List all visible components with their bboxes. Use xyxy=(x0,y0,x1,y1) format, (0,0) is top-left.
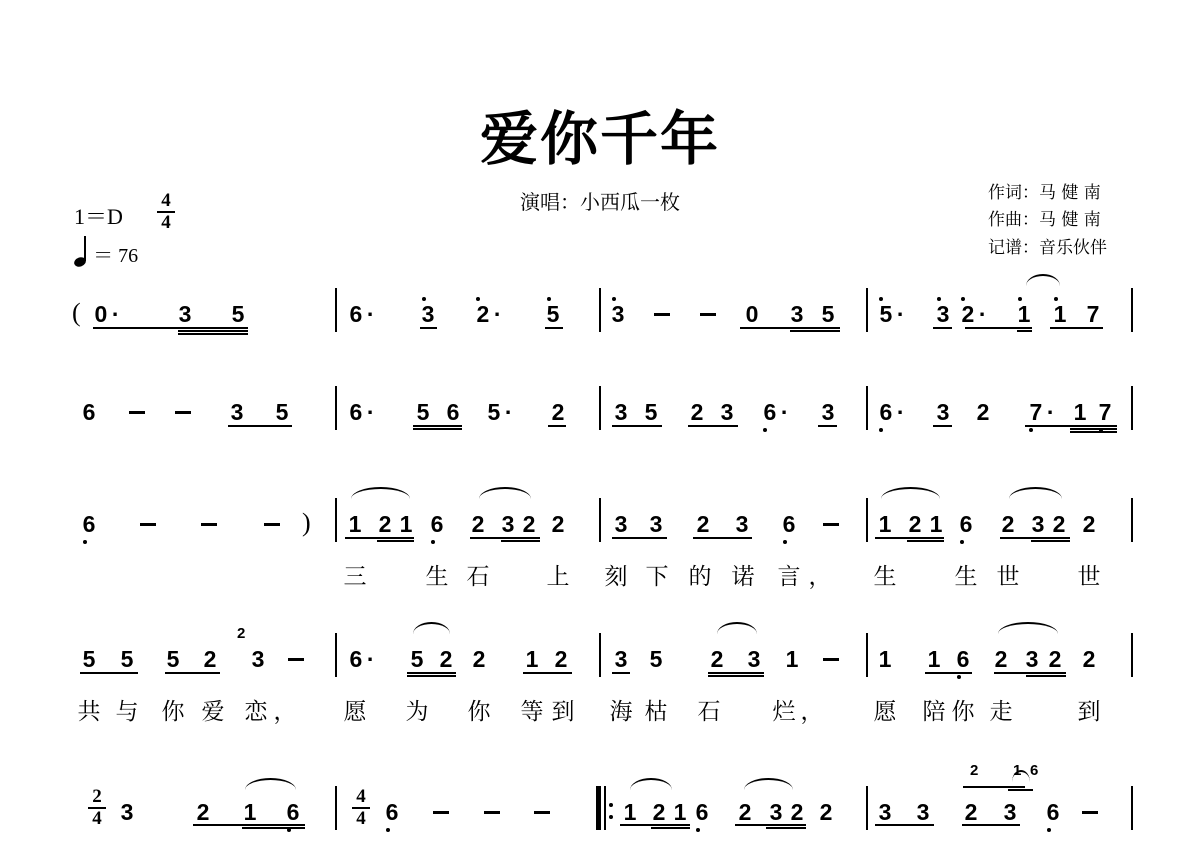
lyric: 石 xyxy=(694,693,724,726)
beam-underline xyxy=(925,672,972,674)
note: 6 · xyxy=(759,400,793,424)
octave-low-dot xyxy=(783,540,787,544)
note: 0 xyxy=(742,302,762,326)
note: 1 xyxy=(670,800,690,824)
note: 3 xyxy=(818,400,838,424)
slur-arc xyxy=(245,778,296,790)
note: 2 xyxy=(735,800,755,824)
note: 2 xyxy=(816,800,836,824)
transcriber-credit: 记谱：音乐伙伴 xyxy=(988,233,1107,258)
slur-arc xyxy=(1012,770,1030,782)
note: 3 xyxy=(646,512,666,536)
octave-high-dot xyxy=(547,297,551,301)
note: 2 xyxy=(469,647,489,671)
note: 3 xyxy=(227,400,247,424)
sustain-dash xyxy=(201,523,217,526)
octave-low-dot xyxy=(879,428,883,432)
note: 6 · xyxy=(345,302,379,326)
note: 6 xyxy=(79,512,99,536)
note: 3 xyxy=(875,800,895,824)
note: 3 xyxy=(933,400,953,424)
lyric: 与 xyxy=(112,693,142,726)
sustain-dash xyxy=(129,411,145,414)
note: 2 xyxy=(519,512,539,536)
beam-underline xyxy=(548,425,566,427)
note: 2 xyxy=(1079,512,1099,536)
lyric: 为 xyxy=(402,693,432,726)
note: 6 xyxy=(443,400,463,424)
note: 3 xyxy=(787,302,807,326)
lyric: 到 xyxy=(1074,693,1104,726)
octave-low-dot xyxy=(1047,828,1051,832)
beam-underline xyxy=(1026,675,1066,677)
note: 3 xyxy=(1022,647,1042,671)
note: 1 xyxy=(926,512,946,536)
barline xyxy=(599,498,601,542)
beam-underline xyxy=(345,537,414,539)
paren-open: ( xyxy=(72,298,81,328)
sustain-dash xyxy=(264,523,280,526)
time-signature-change: 24 xyxy=(88,788,106,828)
beam-underline xyxy=(193,824,305,826)
note: 2 xyxy=(973,400,993,424)
lyric: 海 xyxy=(606,693,636,726)
slur-arc xyxy=(717,622,757,634)
octave-high-dot xyxy=(1054,297,1058,301)
beam-underline xyxy=(228,425,292,427)
beam-underline xyxy=(612,425,662,427)
beam-underline xyxy=(933,425,952,427)
note: 3 xyxy=(418,302,438,326)
beam-underline xyxy=(1031,540,1070,542)
note: 5 xyxy=(163,647,183,671)
note: 2 xyxy=(787,800,807,824)
beam-underline xyxy=(963,786,1025,788)
beam-underline xyxy=(93,327,248,329)
ossia-note: 6 xyxy=(1030,762,1038,779)
octave-low-dot xyxy=(83,540,87,544)
note: 2 xyxy=(1045,647,1065,671)
note: 3 xyxy=(1000,800,1020,824)
note: 2 xyxy=(436,647,456,671)
note: 2 xyxy=(1049,512,1069,536)
lyric: 烂 xyxy=(769,693,799,726)
note: 3 xyxy=(611,647,631,671)
lyric: 枯 xyxy=(641,693,671,726)
note: 3 xyxy=(766,800,786,824)
lyric: 你 xyxy=(464,693,494,726)
note: 2 xyxy=(905,512,925,536)
slur-arc xyxy=(413,622,450,634)
note: 5 xyxy=(79,647,99,671)
lyricist-credit: 作词：马 健 南 xyxy=(988,178,1101,203)
note: 2 · xyxy=(957,302,991,326)
note: 5 xyxy=(641,400,661,424)
beam-underline xyxy=(1000,537,1070,539)
lyric: 上 xyxy=(543,558,573,591)
note: 6 · xyxy=(345,647,379,671)
beam-underline xyxy=(1017,330,1032,332)
beam-underline xyxy=(651,827,690,829)
note: 2 xyxy=(998,512,1018,536)
octave-low-dot xyxy=(763,428,767,432)
note: 6 · xyxy=(345,400,379,424)
beam-underline xyxy=(1070,431,1117,433)
note: 6 · xyxy=(875,400,909,424)
sustain-dash xyxy=(1082,811,1098,814)
note: 5 xyxy=(543,302,563,326)
sustain-dash xyxy=(433,811,449,814)
note: 6 xyxy=(283,800,303,824)
lyric: 石 xyxy=(463,558,493,591)
note: 1 xyxy=(782,647,802,671)
key-signature: 1＝D xyxy=(74,200,123,231)
sustain-dash xyxy=(654,313,670,316)
time-signature-top: 4 xyxy=(161,192,171,210)
note: 1 xyxy=(1070,400,1090,424)
note: 1 xyxy=(620,800,640,824)
note: 3 xyxy=(117,800,137,824)
lyric: 爱 xyxy=(198,693,228,726)
sustain-dash xyxy=(823,523,839,526)
barline xyxy=(599,633,601,677)
note: 3 xyxy=(717,400,737,424)
beam-underline xyxy=(875,824,934,826)
tempo-value: ＝ 76 xyxy=(93,245,138,267)
octave-high-dot xyxy=(1018,297,1022,301)
beam-underline xyxy=(377,540,414,542)
lyric: 生 xyxy=(951,558,981,591)
octave-high-dot xyxy=(937,297,941,301)
time-signature-bottom: 4 xyxy=(161,214,171,232)
note: 7 xyxy=(1095,400,1115,424)
slur-arc xyxy=(630,778,672,790)
slur-arc xyxy=(1009,487,1062,499)
barline xyxy=(335,498,337,542)
beam-underline xyxy=(693,537,752,539)
sustain-dash xyxy=(288,658,304,661)
beam-underline xyxy=(965,327,1032,329)
lyric: 到 xyxy=(548,693,578,726)
barline xyxy=(1131,288,1133,332)
slur-arc xyxy=(744,778,793,790)
note: 3 xyxy=(608,302,628,326)
note: 3 xyxy=(611,512,631,536)
note: 2 xyxy=(687,400,707,424)
octave-high-dot xyxy=(879,297,883,301)
note: 1 xyxy=(1050,302,1070,326)
lyric: 生 xyxy=(422,558,452,591)
barline xyxy=(1131,386,1133,430)
lyric: 三 xyxy=(340,558,370,591)
note: 2 xyxy=(1079,647,1099,671)
note: 2 xyxy=(375,512,395,536)
lyric: 诺 xyxy=(728,558,758,591)
note: 2 xyxy=(961,800,981,824)
lyric: 陪 xyxy=(919,693,949,726)
note: 6 xyxy=(1043,800,1063,824)
lyric: 你 xyxy=(158,693,188,726)
note: 3 xyxy=(175,302,195,326)
lyric: 言 xyxy=(774,558,804,591)
barline xyxy=(335,386,337,430)
slur-arc xyxy=(1026,274,1060,286)
lyric: 世 xyxy=(1074,558,1104,591)
note: 2 xyxy=(468,512,488,536)
time-signature-change: 44 xyxy=(352,788,370,828)
note: 5 xyxy=(818,302,838,326)
repeat-thin-bar xyxy=(604,786,606,830)
note: 2 xyxy=(649,800,669,824)
note: 6 xyxy=(427,512,447,536)
octave-low-dot xyxy=(957,675,961,679)
lyric: 下 xyxy=(642,558,672,591)
lyric: 刻 xyxy=(601,558,631,591)
lyric: ， xyxy=(805,558,835,591)
beam-underline xyxy=(875,537,944,539)
lyric: 世 xyxy=(993,558,1023,591)
lyric: 你 xyxy=(948,693,978,726)
beam-underline xyxy=(708,672,764,674)
ts-top: 2 xyxy=(92,788,102,806)
lyric: 的 xyxy=(685,558,715,591)
repeat-dot xyxy=(609,803,613,807)
octave-high-dot xyxy=(476,297,480,301)
note: 6 xyxy=(692,800,712,824)
slur-arc xyxy=(998,622,1058,634)
note: 6 xyxy=(382,800,402,824)
beam-underline xyxy=(994,672,1066,674)
note: 6 xyxy=(779,512,799,536)
lyric: 愿 xyxy=(870,693,900,726)
lyric: ， xyxy=(797,693,827,726)
beam-underline xyxy=(1070,428,1117,430)
beam-underline xyxy=(688,425,738,427)
beam-underline xyxy=(1050,327,1103,329)
time-signature: 4 4 xyxy=(157,192,175,232)
quarter-note-icon xyxy=(72,234,88,268)
sustain-dash xyxy=(484,811,500,814)
beam-underline xyxy=(818,425,837,427)
note: 3 xyxy=(1028,512,1048,536)
beam-underline xyxy=(907,540,944,542)
ossia-note: 2 xyxy=(970,762,978,779)
note: 2 · xyxy=(472,302,506,326)
barline xyxy=(599,386,601,430)
octave-low-dot xyxy=(431,540,435,544)
lyric: 愿 xyxy=(340,693,370,726)
note: 5 · xyxy=(483,400,517,424)
note: 1 xyxy=(345,512,365,536)
repeat-dot xyxy=(609,815,613,819)
lyric: 等 xyxy=(517,693,547,726)
beam-underline xyxy=(242,827,305,829)
tempo-marking: ＝ 76 xyxy=(72,234,138,268)
note: 3 xyxy=(498,512,518,536)
beam-underline xyxy=(545,327,563,329)
beam-underline xyxy=(470,537,540,539)
octave-low-dot xyxy=(1029,428,1033,432)
lyric: 生 xyxy=(870,558,900,591)
note: 7 xyxy=(1083,302,1103,326)
octave-low-dot xyxy=(960,540,964,544)
note: 5 · xyxy=(875,302,909,326)
barline xyxy=(866,633,868,677)
note: 2 xyxy=(693,512,713,536)
sustain-dash xyxy=(175,411,191,414)
note: 5 xyxy=(272,400,292,424)
beam-underline xyxy=(523,672,572,674)
note: 2 xyxy=(200,647,220,671)
beam-underline xyxy=(708,675,764,677)
sustain-dash xyxy=(823,658,839,661)
note: 1 xyxy=(522,647,542,671)
barline xyxy=(335,633,337,677)
beam-underline xyxy=(790,330,840,332)
lyric: 走 xyxy=(986,693,1016,726)
barline xyxy=(866,786,868,830)
beam-underline xyxy=(178,333,248,335)
grace-note: 2 xyxy=(237,625,245,642)
beam-underline xyxy=(80,672,138,674)
beam-underline xyxy=(1008,789,1033,791)
note: 2 xyxy=(991,647,1011,671)
note: 1 xyxy=(924,647,944,671)
repeat-thick-bar xyxy=(596,786,601,830)
octave-high-dot xyxy=(612,297,616,301)
note: 5 xyxy=(646,647,666,671)
note: 3 xyxy=(732,512,752,536)
note: 6 xyxy=(953,647,973,671)
beam-underline xyxy=(165,672,220,674)
sustain-dash xyxy=(700,313,716,316)
paren-close: ) xyxy=(302,508,311,538)
note: 2 xyxy=(551,647,571,671)
beam-underline xyxy=(933,327,952,329)
note: 5 xyxy=(413,400,433,424)
ts-bottom: 4 xyxy=(356,810,366,828)
note: 5 xyxy=(228,302,248,326)
note: 3 xyxy=(248,647,268,671)
barline xyxy=(335,786,337,830)
note: 1 xyxy=(875,512,895,536)
note: 6 xyxy=(956,512,976,536)
beam-underline xyxy=(612,672,630,674)
note: 7 · xyxy=(1025,400,1059,424)
beam-underline xyxy=(1025,425,1117,427)
beam-underline xyxy=(178,330,248,332)
beam-underline xyxy=(413,425,462,427)
beam-underline xyxy=(501,540,540,542)
ts-top: 4 xyxy=(356,788,366,806)
octave-high-dot xyxy=(422,297,426,301)
note: 3 xyxy=(611,400,631,424)
barline xyxy=(866,288,868,332)
barline xyxy=(335,288,337,332)
beam-underline xyxy=(962,824,1020,826)
note: 6 xyxy=(79,400,99,424)
barline xyxy=(1131,498,1133,542)
barline xyxy=(1131,633,1133,677)
composer-credit: 作曲：马 健 南 xyxy=(988,205,1101,230)
sustain-dash xyxy=(534,811,550,814)
barline xyxy=(1131,786,1133,830)
beam-underline xyxy=(740,327,840,329)
note: 1 xyxy=(1014,302,1034,326)
lyric: 共 xyxy=(74,693,104,726)
note: 1 xyxy=(396,512,416,536)
note: 3 xyxy=(933,302,953,326)
beam-underline xyxy=(735,824,806,826)
note: 0 · xyxy=(90,302,124,326)
slur-arc xyxy=(479,487,531,499)
beam-underline xyxy=(420,327,437,329)
note: 3 xyxy=(913,800,933,824)
beam-underline xyxy=(413,428,462,430)
beam-underline xyxy=(407,675,456,677)
lyric: ， xyxy=(270,693,300,726)
slur-arc xyxy=(351,487,410,499)
octave-high-dot xyxy=(961,297,965,301)
beam-underline xyxy=(766,827,806,829)
slur-arc xyxy=(881,487,940,499)
note: 2 xyxy=(548,400,568,424)
barline xyxy=(866,386,868,430)
octave-low-dot xyxy=(386,828,390,832)
note: 5 xyxy=(117,647,137,671)
note: 2 xyxy=(707,647,727,671)
song-title: 爱你千年 xyxy=(0,92,1200,176)
lyric: 恋 xyxy=(241,693,271,726)
note: 2 xyxy=(548,512,568,536)
note: 2 xyxy=(193,800,213,824)
note: 1 xyxy=(240,800,260,824)
ts-bottom: 4 xyxy=(92,810,102,828)
beam-underline xyxy=(612,537,667,539)
sustain-dash xyxy=(140,523,156,526)
note: 5 xyxy=(407,647,427,671)
beam-underline xyxy=(620,824,690,826)
note: 3 xyxy=(744,647,764,671)
note: 1 xyxy=(875,647,895,671)
barline xyxy=(866,498,868,542)
beam-underline xyxy=(407,672,456,674)
octave-low-dot xyxy=(696,828,700,832)
barline xyxy=(599,288,601,332)
